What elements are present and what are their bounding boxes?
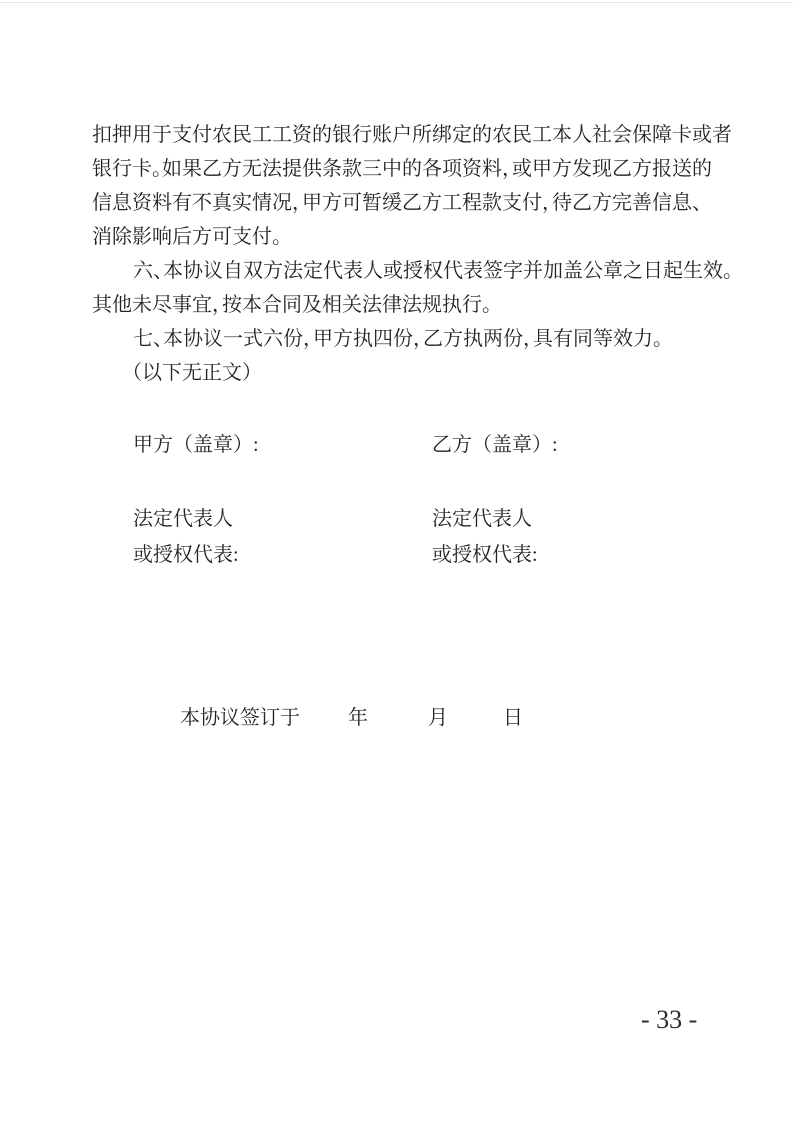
page-top-edge-line — [0, 2, 793, 3]
body-line: 银行卡。如果乙方无法提供条款三中的各项资料，或甲方发现乙方报送的 — [92, 152, 752, 186]
party-a-authorized-rep-label: 或授权代表: — [133, 538, 239, 572]
party-b-authorized-rep-label: 或授权代表: — [432, 538, 538, 572]
signing-date-prefix: 本协议签订于 — [180, 701, 300, 735]
party-b-legal-rep-label: 法定代表人 — [432, 502, 532, 536]
party-a-seal-label: 甲方（盖章）: — [133, 428, 259, 462]
body-line: 扣押用于支付农民工工资的银行账户所绑定的农民工本人社会保障卡或者 — [92, 118, 752, 152]
body-line: 消除影响后方可支付。 — [92, 220, 752, 254]
clause-6-line: 六、本协议自双方法定代表人或授权代表签字并加盖公章之日起生效。 — [92, 254, 752, 288]
year-label: 年 — [348, 701, 368, 735]
body-line: 信息资料有不真实情况，甲方可暂缓乙方工程款支付，待乙方完善信息、 — [92, 186, 752, 220]
day-label: 日 — [503, 701, 523, 735]
party-a-legal-rep-label: 法定代表人 — [133, 502, 233, 536]
contract-page: 扣押用于支付农民工工资的银行账户所绑定的农民工本人社会保障卡或者 银行卡。如果乙… — [0, 0, 793, 1122]
no-more-text-note: （以下无正文） — [92, 356, 752, 390]
page-number: - 33 - — [641, 1005, 697, 1035]
signing-date-line: 本协议签订于 年 月 日 — [92, 701, 523, 735]
month-label: 月 — [428, 701, 448, 735]
body-text: 扣押用于支付农民工工资的银行账户所绑定的农民工本人社会保障卡或者 银行卡。如果乙… — [92, 118, 752, 390]
clause-6-line: 其他未尽事宜，按本合同及相关法律法规执行。 — [92, 288, 752, 322]
clause-7-line: 七、本协议一式六份，甲方执四份，乙方执两份，具有同等效力。 — [92, 322, 752, 356]
party-b-seal-label: 乙方（盖章）: — [432, 428, 558, 462]
